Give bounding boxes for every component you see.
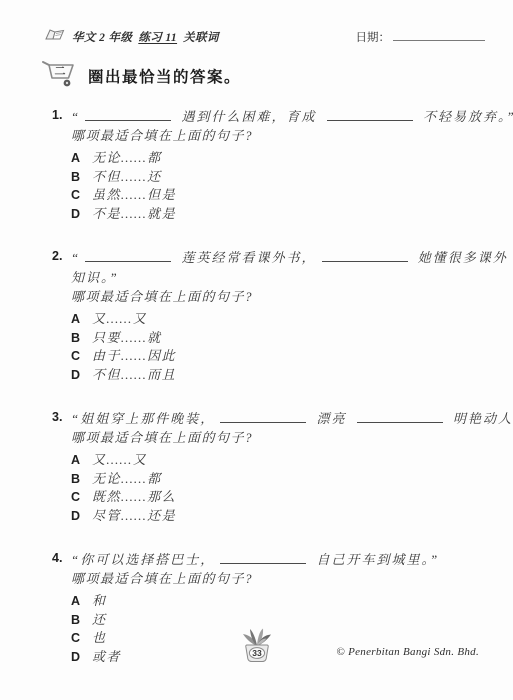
question-sentence: 知识。” [71, 268, 508, 287]
sentence-text: 明艳动人。” [448, 411, 513, 426]
option-D[interactable]: D不但……而且 [71, 366, 508, 385]
option-D[interactable]: D不是……就是 [71, 205, 513, 224]
answer-blank[interactable] [327, 109, 413, 121]
question-number: 1. [52, 107, 71, 223]
option-C[interactable]: C既然……那么 [71, 488, 513, 507]
option-text: 还 [92, 611, 107, 630]
option-C[interactable]: C由于……因此 [71, 347, 508, 366]
option-letter: C [71, 629, 92, 648]
option-text: 无论……都 [92, 149, 162, 168]
questions-list: 1.“ 遇到什么困难，育成 不轻易放弃。”哪项最适合填在上面的句子?A无论……都… [52, 107, 485, 666]
option-text: 无论……都 [92, 470, 162, 489]
header-exercise: 练习 11 [138, 32, 177, 44]
option-A[interactable]: A又……又 [71, 310, 508, 329]
question-body: “姐姐穿上那件晚装， 漂亮 明艳动人。”哪项最适合填在上面的句子?A又……又B无… [71, 409, 513, 525]
question-1: 1.“ 遇到什么困难，育成 不轻易放弃。”哪项最适合填在上面的句子?A无论……都… [52, 107, 485, 223]
option-letter: A [71, 310, 92, 329]
page-number: 33 [252, 648, 262, 658]
option-letter: C [71, 186, 92, 205]
option-letter: D [71, 205, 92, 224]
header-topic: 关联词 [183, 32, 219, 44]
sentence-text: 不轻易放弃。” [418, 109, 513, 124]
option-A[interactable]: A和 [71, 592, 485, 611]
question-body: “ 遇到什么困难，育成 不轻易放弃。”哪项最适合填在上面的句子?A无论……都B不… [71, 107, 513, 223]
question-2: 2.“ 莲英经常看课外书， 她懂很多课外知识。”哪项最适合填在上面的句子?A又…… [52, 248, 485, 384]
question-prompt: 哪项最适合填在上面的句子? [71, 127, 513, 145]
option-letter: B [71, 470, 92, 489]
option-text: 又……又 [92, 451, 147, 470]
header-title: 华文 2 年级练习 11关联词 [72, 29, 219, 45]
option-B[interactable]: B不但……还 [71, 168, 513, 187]
question-number: 2. [52, 248, 71, 384]
option-A[interactable]: A无论……都 [71, 149, 513, 168]
section-number: 二 [55, 65, 66, 78]
question-sentence: “ 遇到什么困难，育成 不轻易放弃。” [71, 107, 513, 126]
answer-blank[interactable] [220, 411, 306, 423]
sentence-text: 她懂很多课外 [413, 250, 508, 265]
question-prompt: 哪项最适合填在上面的句子? [71, 288, 508, 306]
question-prompt: 哪项最适合填在上面的句子? [71, 429, 513, 447]
option-text: 和 [92, 592, 107, 611]
option-B[interactable]: B只要……就 [71, 329, 508, 348]
option-text: 不但……还 [92, 168, 162, 187]
answer-blank[interactable] [322, 250, 408, 262]
option-text: 也 [92, 629, 107, 648]
options-list: A又……又B只要……就C由于……因此D不但……而且 [71, 310, 508, 384]
section-header: 二 圈出最恰当的答案。 [41, 58, 485, 93]
sentence-text: 漂亮 [311, 411, 352, 426]
option-text: 不但……而且 [92, 366, 176, 385]
question-3: 3.“姐姐穿上那件晚装， 漂亮 明艳动人。”哪项最适合填在上面的句子?A又……又… [52, 409, 485, 525]
answer-blank[interactable] [85, 250, 171, 262]
header-course: 华文 2 年级 [72, 32, 132, 44]
date-label: 日期： [356, 32, 391, 44]
option-letter: D [71, 648, 92, 667]
option-text: 不是……就是 [92, 205, 176, 224]
page-header: 华文 2 年级练习 11关联词 日期： [44, 26, 485, 47]
sentence-text: “ [71, 109, 80, 124]
answer-blank[interactable] [220, 552, 306, 564]
option-text: 尽管……还是 [92, 507, 176, 526]
option-text: 或者 [92, 648, 121, 667]
option-A[interactable]: A又……又 [71, 451, 513, 470]
option-letter: C [71, 488, 92, 507]
option-letter: D [71, 507, 92, 526]
option-letter: B [71, 168, 92, 187]
sentence-text: 自己开车到城里。” [311, 552, 439, 567]
worksheet-page: 华文 2 年级练习 11关联词 日期： 二 圈出最恰当的答案。 1.“ 遇到什么… [0, 0, 513, 700]
shopping-cart-icon: 二 [41, 58, 77, 93]
option-letter: D [71, 366, 92, 385]
option-text: 又……又 [92, 310, 147, 329]
sentence-text: “你可以选择搭巴士， [71, 552, 215, 567]
question-number: 4. [52, 550, 71, 666]
sentence-text: “姐姐穿上那件晚装， [71, 411, 215, 426]
question-sentence: “姐姐穿上那件晚装， 漂亮 明艳动人。” [71, 409, 513, 428]
question-sentence: “你可以选择搭巴士， 自己开车到城里。” [71, 550, 485, 569]
open-book-icon [44, 26, 66, 47]
date-blank-line[interactable] [393, 30, 485, 41]
question-prompt: 哪项最适合填在上面的句子? [71, 570, 485, 588]
question-body: “ 莲英经常看课外书， 她懂很多课外知识。”哪项最适合填在上面的句子?A又……又… [71, 248, 508, 384]
option-text: 只要……就 [92, 329, 162, 348]
sentence-text: 知识。” [71, 270, 119, 285]
option-B[interactable]: B无论……都 [71, 470, 513, 489]
question-sentence: “ 莲英经常看课外书， 她懂很多课外 [71, 248, 508, 267]
option-letter: A [71, 451, 92, 470]
options-list: A无论……都B不但……还C虽然……但是D不是……就是 [71, 149, 513, 223]
answer-blank[interactable] [357, 411, 443, 423]
option-letter: A [71, 149, 92, 168]
option-text: 既然……那么 [92, 488, 176, 507]
sentence-text: 遇到什么困难，育成 [176, 109, 322, 124]
header-left: 华文 2 年级练习 11关联词 [44, 26, 219, 47]
option-text: 虽然……但是 [92, 186, 176, 205]
option-text: 由于……因此 [92, 347, 176, 366]
option-letter: B [71, 329, 92, 348]
copyright-text: © Penerbitan Bangi Sdn. Bhd. [336, 646, 479, 658]
sentence-text: 莲英经常看课外书， [176, 250, 316, 265]
header-date: 日期： [356, 26, 486, 45]
options-list: A又……又B无论……都C既然……那么D尽管……还是 [71, 451, 513, 525]
answer-blank[interactable] [85, 109, 171, 121]
option-letter: A [71, 592, 92, 611]
option-D[interactable]: D尽管……还是 [71, 507, 513, 526]
option-C[interactable]: C虽然……但是 [71, 186, 513, 205]
sentence-text: “ [71, 250, 80, 265]
section-instruction: 圈出最恰当的答案。 [88, 65, 241, 87]
option-letter: B [71, 611, 92, 630]
plant-pot-icon: 33 [235, 627, 279, 674]
question-number: 3. [52, 409, 71, 525]
option-letter: C [71, 347, 92, 366]
